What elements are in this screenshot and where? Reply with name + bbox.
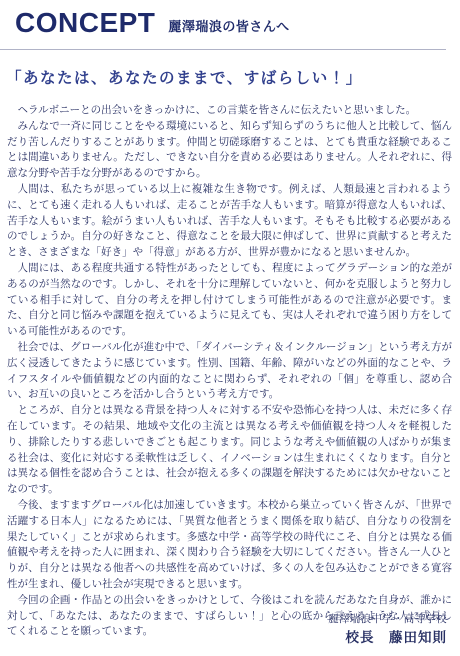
page-subtitle: 麗澤瑞浪の皆さんへ bbox=[168, 16, 289, 38]
signature-principal: 校長 藤田知則 bbox=[328, 629, 447, 647]
signature-block: 麗澤瑞浪中学・高等学校 校長 藤田知則 bbox=[328, 612, 447, 647]
page-title: CONCEPT bbox=[15, 8, 155, 38]
paragraph-7: 今後、ますますグローバル化は加速していきます。本校から巣立っていく皆さんが、「世… bbox=[7, 498, 452, 593]
paragraph-6: ところが、自分とは異なる背景を持つ人々に対する不安や恐怖心を持つ人は、未だに多く… bbox=[7, 403, 452, 498]
paragraph-4: 人間には、ある程度共通する特性があったとしても、程度によってグラデーション的な差… bbox=[7, 261, 452, 340]
paragraph-1: ヘラルボニーとの出会いをきっかけに、この言葉を皆さんに伝えたいと思いました。 bbox=[7, 103, 452, 119]
paragraph-3: 人間は、私たちが思っている以上に複雑な生き物です。例えば、人類最速と言われるよう… bbox=[7, 182, 452, 261]
paragraph-2: みんなで一斉に同じことをやる環境にいると、知らず知らずのうちに他人と比較して、悩… bbox=[7, 119, 452, 182]
paragraph-5: 社会では、グローバル化が進む中で、「ダイバーシティ＆インクルージョン」という考え… bbox=[7, 340, 452, 403]
signature-school: 麗澤瑞浪中学・高等学校 bbox=[328, 612, 447, 627]
header-divider bbox=[0, 49, 446, 50]
message-body: ヘラルボニーとの出会いをきっかけに、この言葉を皆さんに伝えたいと思いました。 み… bbox=[7, 103, 452, 640]
quote-heading: 「あなたは、あなたのままで、すばらしい！」 bbox=[6, 67, 452, 91]
page-header: CONCEPT 麗澤瑞浪の皆さんへ bbox=[0, 0, 460, 38]
concept-page: CONCEPT 麗澤瑞浪の皆さんへ 「あなたは、あなたのままで、すばらしい！」 … bbox=[0, 0, 460, 656]
